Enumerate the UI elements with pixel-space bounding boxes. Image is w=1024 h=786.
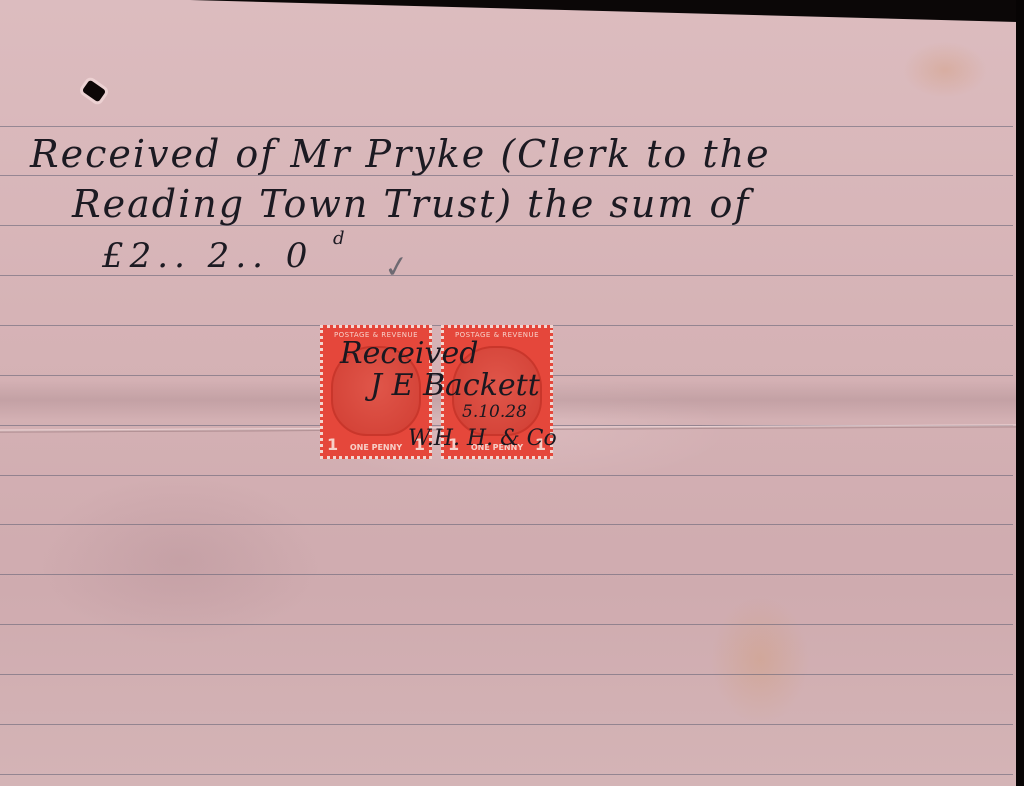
receipt-paper: Received of Mr Pryke (Clerk to the Readi… (0, 0, 1017, 786)
signature-date: 5.10.28 (462, 402, 527, 422)
signature-firm: W.H. H. & Co (408, 426, 557, 451)
ruled-line (0, 774, 1013, 775)
handwriting-line-1: Received of Mr Pryke (Clerk to the (30, 132, 771, 176)
handwriting-line-2: Reading Town Trust) the sum of (72, 182, 750, 226)
ruled-line (0, 475, 1013, 476)
scan-border (1016, 0, 1024, 786)
ruled-line (0, 624, 1013, 625)
pence-superscript: d (333, 228, 345, 249)
ruled-line (0, 674, 1013, 675)
amount-text: £2.. 2.. 0 (102, 236, 313, 276)
ruled-line (0, 724, 1013, 725)
signature-name: J E Backett (370, 368, 540, 403)
check-mark-icon: ✓ (382, 248, 412, 286)
signature-received: Received (340, 336, 478, 371)
ruled-line (0, 574, 1013, 575)
ruled-line (0, 126, 1013, 127)
punch-hole (82, 80, 106, 103)
ruled-line (0, 524, 1013, 525)
